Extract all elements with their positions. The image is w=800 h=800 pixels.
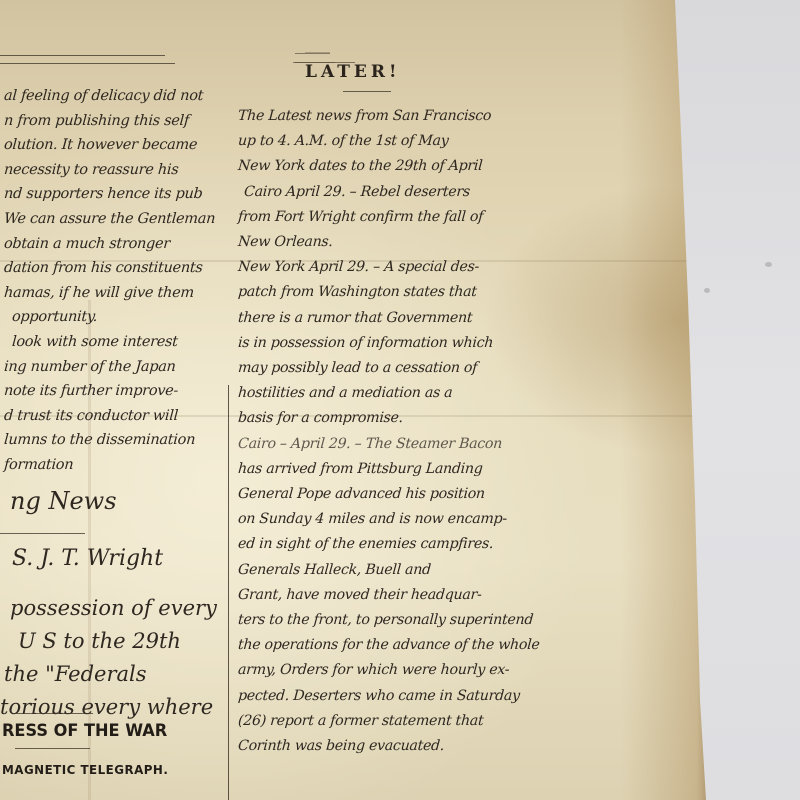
text-line: possession of every bbox=[0, 592, 217, 625]
column-rule bbox=[15, 748, 90, 749]
text-line: look with some interest bbox=[3, 330, 216, 355]
newspaper-page: LATER! al feeling of delicacy did not n … bbox=[0, 0, 710, 800]
column-rule bbox=[0, 63, 175, 64]
text-line: lumns to the dissemination bbox=[3, 428, 216, 453]
text-line: New Orleans. bbox=[237, 230, 540, 255]
text-line: from Fort Wright confirm the fall of bbox=[237, 205, 540, 230]
text-line: obtain a much stronger bbox=[3, 232, 216, 257]
text-line: necessity to reassure his bbox=[3, 158, 216, 183]
text-line: note its further improve- bbox=[3, 379, 216, 404]
column-rule bbox=[295, 53, 330, 54]
text-line: is in possession of information which bbox=[237, 331, 540, 356]
text-line: Corinth was being evacuated. bbox=[237, 734, 540, 759]
text-line: may possibly lead to a cessation of bbox=[237, 356, 540, 381]
byline: S. J. T. Wright bbox=[12, 546, 163, 571]
text-line: U S to the 29th bbox=[0, 625, 217, 658]
background-speck bbox=[704, 288, 710, 293]
text-line: ed in sight of the enemies campfires. bbox=[237, 532, 540, 557]
text-line: army, Orders for which were hourly ex- bbox=[237, 658, 540, 683]
text-line: there is a rumor that Government bbox=[237, 306, 540, 331]
text-line: ing number of the Japan bbox=[3, 355, 216, 380]
text-line: the operations for the advance of the wh… bbox=[237, 633, 540, 658]
later-heading: LATER! bbox=[305, 62, 400, 82]
text-line: The Latest news from San Francisco bbox=[237, 104, 540, 129]
text-line: Cairo April 29. – Rebel deserters bbox=[237, 180, 540, 205]
text-line: n from publishing this self bbox=[3, 109, 216, 134]
text-line: opportunity. bbox=[3, 305, 216, 330]
column-rule bbox=[15, 713, 93, 714]
text-line: Generals Halleck, Buell and bbox=[237, 558, 540, 583]
text-line: basis for a compromise. bbox=[237, 406, 540, 431]
text-line: New York dates to the 29th of April bbox=[237, 154, 540, 179]
heading-underline bbox=[343, 91, 391, 92]
column-rule bbox=[0, 55, 165, 56]
text-line: al feeling of delicacy did not bbox=[3, 84, 216, 109]
text-line: ters to the front, to personally superin… bbox=[237, 608, 540, 633]
heading-underline bbox=[0, 533, 85, 534]
text-line: hamas, if he will give them bbox=[3, 281, 216, 306]
left-column-editorial: al feeling of delicacy did not n from pu… bbox=[4, 84, 215, 478]
progress-of-the-war-heading: RESS OF THE WAR bbox=[2, 721, 167, 741]
right-column-later-news: The Latest news from San Francisco up to… bbox=[238, 104, 539, 759]
text-line: has arrived from Pittsburg Landing bbox=[237, 457, 540, 482]
magnetic-telegraph-subheading: MAGNETIC TELEGRAPH. bbox=[2, 762, 168, 777]
text-line: on Sunday 4 miles and is now encamp- bbox=[237, 507, 540, 532]
text-line: up to 4. A.M. of the 1st of May bbox=[237, 129, 540, 154]
text-line: nd supporters hence its pub bbox=[3, 182, 216, 207]
text-line: d trust its conductor will bbox=[3, 404, 216, 429]
text-line: the "Federals bbox=[0, 658, 217, 691]
dispatch-text: possession of every U S to the 29th the … bbox=[0, 592, 217, 724]
text-line: (26) report a former statement that bbox=[237, 709, 540, 734]
text-line: We can assure the Gentleman bbox=[3, 207, 216, 232]
text-line: olution. It however became bbox=[3, 133, 216, 158]
background-speck bbox=[765, 262, 772, 267]
text-line: formation bbox=[3, 453, 216, 478]
column-divider bbox=[228, 385, 229, 800]
text-line: torious every where bbox=[0, 691, 217, 724]
text-line: patch from Washington states that bbox=[237, 280, 540, 305]
text-line: Grant, have moved their headquar- bbox=[237, 583, 540, 608]
text-line: hostilities and a mediation as a bbox=[237, 381, 540, 406]
text-line: pected. Deserters who came in Saturday bbox=[237, 684, 540, 709]
breaking-news-heading: ng News bbox=[10, 487, 117, 515]
text-line: General Pope advanced his position bbox=[237, 482, 540, 507]
text-line: dation from his constituents bbox=[3, 256, 216, 281]
text-line: New York April 29. – A special des- bbox=[237, 255, 540, 280]
text-line: Cairo – April 29. – The Steamer Bacon bbox=[237, 432, 540, 457]
